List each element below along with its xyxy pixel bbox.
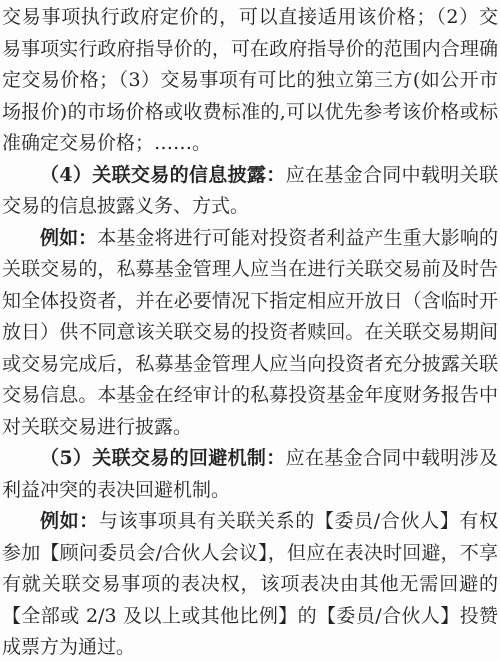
- paragraph: （4）关联交易的信息披露：应在基金合同中载明关联交易的信息披露义务、方式。: [2, 160, 498, 223]
- document-body: 交易事项执行政府定价的，可以直接适用该价格；（2）交易事项实行政府指导价的，可在…: [2, 2, 498, 661]
- paragraph-text: 本基金将进行可能对投资者利益产生重大影响的关联交易的，私募基金管理人应当在进行关…: [2, 227, 498, 438]
- paragraph-heading: （5）关联交易的回避机制：: [40, 447, 286, 469]
- paragraph-heading: 例如：: [40, 510, 99, 532]
- paragraph: 交易事项执行政府定价的，可以直接适用该价格；（2）交易事项实行政府指导价的，可在…: [2, 2, 498, 160]
- paragraph-text: 交易事项执行政府定价的，可以直接适用该价格；（2）交易事项实行政府指导价的，可在…: [2, 6, 498, 154]
- paragraph: 例如：与该事项具有关联关系的【委员/合伙人】有权参加【顾问委员会/合伙人会议】，…: [2, 506, 498, 661]
- paragraph: （5）关联交易的回避机制：应在基金合同中载明涉及利益冲突的表决回避机制。: [2, 443, 498, 506]
- paragraph: 例如：本基金将进行可能对投资者利益产生重大影响的关联交易的，私募基金管理人应当在…: [2, 223, 498, 444]
- paragraph-heading: 例如：: [40, 227, 97, 249]
- paragraph-heading: （4）关联交易的信息披露：: [40, 164, 286, 186]
- document-page: 交易事项执行政府定价的，可以直接适用该价格；（2）交易事项实行政府指导价的，可在…: [0, 0, 500, 661]
- paragraph-text: 与该事项具有关联关系的【委员/合伙人】有权参加【顾问委员会/合伙人会议】，但应在…: [2, 510, 498, 658]
